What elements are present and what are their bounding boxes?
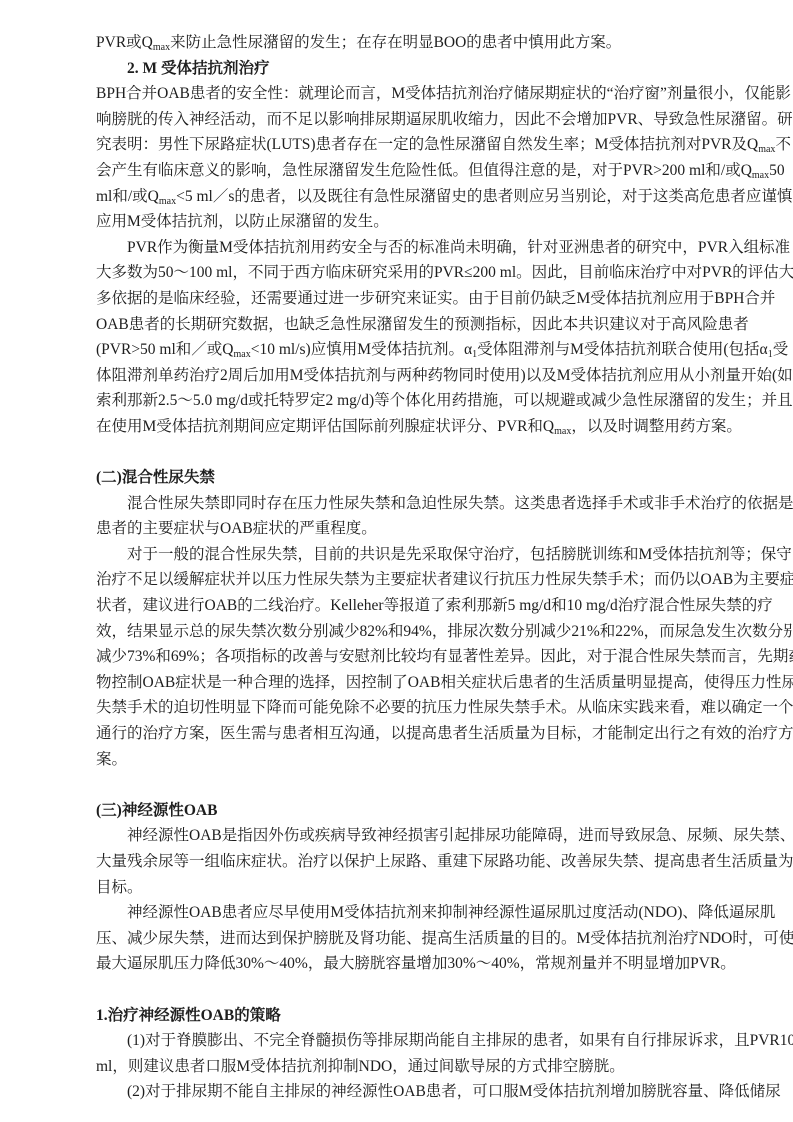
text-line: (2)对于排尿期不能自主排尿的神经源性OAB患者，可口服M受体拮抗剂增加膀胱容量…	[96, 1079, 705, 1105]
text-line: 减少73%和69%；各项指标的改善与安慰剂比较均有显著性差异。因此，对于混合性尿…	[96, 644, 705, 670]
text-line: 治疗不足以缓解症状并以压力性尿失禁为主要症状者建议行抗压力性尿失禁手术；而仍以O…	[96, 567, 705, 593]
section-heading: (二)混合性尿失禁	[96, 465, 705, 491]
text-line: OAB患者的长期研究数据，也缺乏急性尿潴留发生的预测指标，因此本共识建议对于高风…	[96, 312, 705, 338]
subscript-text: max	[153, 42, 170, 53]
text-line: 压、减少尿失禁，进而达到保护膀胱及肾功能、提高生活质量的目的。M受体拮抗剂治疗N…	[96, 926, 705, 952]
text-line: 神经源性OAB患者应尽早使用M受体拮抗剂来抑制神经源性逼尿肌过度活动(NDO)、…	[96, 900, 705, 926]
subscript-text: 1	[472, 349, 477, 360]
text-line: 状者，建议进行OAB的二线治疗。Kelleher等报道了索利那新5 mg/d和1…	[96, 593, 705, 619]
text-line: 在使用M受体拮抗剂期间应定期评估国际前列腺症状评分、PVR和Qmax，以及时调整…	[96, 414, 705, 440]
subscript-text: max	[752, 170, 769, 181]
text-line: 大量残余尿等一组临床症状。治疗以保护上尿路、重建下尿路功能、改善尿失禁、提高患者…	[96, 849, 705, 875]
text-line: PVR作为衡量M受体拮抗剂用药安全与否的标准尚未明确，针对亚洲患者的研究中，PV…	[96, 235, 705, 261]
text-line: 物控制OAB症状是一种合理的选择，因控制了OAB相关症状后患者的生活质量明显提高…	[96, 670, 705, 696]
text-line: BPH合并OAB患者的安全性：就理论而言，M受体拮抗剂治疗储尿期症状的“治疗窗”…	[96, 81, 705, 107]
section-heading: (三)神经源性OAB	[96, 798, 705, 824]
paragraph: BPH合并OAB患者的安全性：就理论而言，M受体拮抗剂治疗储尿期症状的“治疗窗”…	[96, 81, 705, 235]
subscript-text: max	[758, 144, 775, 155]
paragraph: PVR或Qmax来防止急性尿潴留的发生；在存在明显BOO的患者中慎用此方案。	[96, 30, 705, 56]
text-line: 混合性尿失禁即同时存在压力性尿失禁和急迫性尿失禁。这类患者选择手术或非手术治疗的…	[96, 491, 705, 517]
text-line: 失禁手术的迫切性明显下降而可能免除不必要的抗压力性尿失禁手术。从临床实践来看，难…	[96, 695, 705, 721]
subscript-text: max	[159, 196, 176, 207]
text-line: 目标。	[96, 875, 705, 901]
text-line: PVR或Qmax来防止急性尿潴留的发生；在存在明显BOO的患者中慎用此方案。	[96, 30, 705, 56]
text-line: (三)神经源性OAB	[96, 798, 705, 824]
subscript-text: 1	[768, 349, 773, 360]
document-body: PVR或Qmax来防止急性尿潴留的发生；在存在明显BOO的患者中慎用此方案。2.…	[96, 30, 705, 1105]
text-line: (二)混合性尿失禁	[96, 465, 705, 491]
text-line: ml，则建议患者口服M受体拮抗剂抑制NDO，通过间歇导尿的方式排空膀胱。	[96, 1054, 705, 1080]
text-line: 会产生有临床意义的影响，急性尿潴留发生危险性低。但值得注意的是，对于PVR>20…	[96, 158, 705, 184]
text-line: 索利那新2.5～5.0 mg/d或托特罗定2 mg/d)等个体化用药措施，可以规…	[96, 388, 705, 414]
text-line: 对于一般的混合性尿失禁，目前的共识是先采取保守治疗，包括膀胱训练和M受体拮抗剂等…	[96, 542, 705, 568]
text-line: (1)对于脊膜膨出、不完全脊髓损伤等排尿期尚能自主排尿的患者，如果有自行排尿诉求…	[96, 1028, 705, 1054]
document-page: PVR或Qmax来防止急性尿潴留的发生；在存在明显BOO的患者中慎用此方案。2.…	[0, 0, 793, 1122]
paragraph: PVR作为衡量M受体拮抗剂用药安全与否的标准尚未明确，针对亚洲患者的研究中，PV…	[96, 235, 705, 440]
text-line: ml和/或Qmax<5 ml／s的患者，以及既往有急性尿潴留史的患者则应另当别论…	[96, 184, 705, 210]
text-line: 响膀胱的传入神经活动，而不足以影响排尿期逼尿肌收缩力，因此不会增加PVR、导致急…	[96, 107, 705, 133]
paragraph: 对于一般的混合性尿失禁，目前的共识是先采取保守治疗，包括膀胱训练和M受体拮抗剂等…	[96, 542, 705, 772]
text-line: (PVR>50 ml和／或Qmax<10 ml/s)应慎用M受体拮抗剂。α1受体…	[96, 337, 705, 363]
text-line: 2. M 受体拮抗剂治疗	[96, 56, 705, 82]
section-heading: 1.治疗神经源性OAB的策略	[96, 1003, 705, 1029]
text-line: 体阻滞剂单药治疗2周后加用M受体拮抗剂与两种药物同时使用)以及M受体拮抗剂应用从…	[96, 363, 705, 389]
paragraph: 混合性尿失禁即同时存在压力性尿失禁和急迫性尿失禁。这类患者选择手术或非手术治疗的…	[96, 491, 705, 542]
text-line: 应用M受体拮抗剂，以防止尿潴留的发生。	[96, 209, 705, 235]
text-line: 神经源性OAB是指因外伤或疾病导致神经损害引起排尿功能障碍，进而导致尿急、尿频、…	[96, 823, 705, 849]
paragraph: 神经源性OAB是指因外伤或疾病导致神经损害引起排尿功能障碍，进而导致尿急、尿频、…	[96, 823, 705, 900]
text-line: 多依据的是临床经验，还需要通过进一步研究来证实。由于目前仍缺乏M受体拮抗剂应用于…	[96, 286, 705, 312]
text-line: 大多数为50～100 ml，不同于西方临床研究采用的PVR≤200 ml。因此，…	[96, 260, 705, 286]
text-line: 患者的主要症状与OAB症状的严重程度。	[96, 516, 705, 542]
text-line: 通行的治疗方案，医生需与患者相互沟通，以提高患者生活质量为目标，才能制定出行之有…	[96, 721, 705, 747]
paragraph: (1)对于脊膜膨出、不完全脊髓损伤等排尿期尚能自主排尿的患者，如果有自行排尿诉求…	[96, 1028, 705, 1079]
subscript-text: max	[554, 426, 571, 437]
subscript-text: max	[234, 349, 251, 360]
text-line: 案。	[96, 747, 705, 773]
text-line: 1.治疗神经源性OAB的策略	[96, 1003, 705, 1029]
text-line: 最大逼尿肌压力降低30%～40%，最大膀胱容量增加30%～40%，常规剂量并不明…	[96, 951, 705, 977]
section-heading: 2. M 受体拮抗剂治疗	[96, 56, 705, 82]
paragraph: (2)对于排尿期不能自主排尿的神经源性OAB患者，可口服M受体拮抗剂增加膀胱容量…	[96, 1079, 705, 1105]
text-line: 究表明：男性下尿路症状(LUTS)患者存在一定的急性尿潴留自然发生率；M受体拮抗…	[96, 132, 705, 158]
paragraph: 神经源性OAB患者应尽早使用M受体拮抗剂来抑制神经源性逼尿肌过度活动(NDO)、…	[96, 900, 705, 977]
text-line: 效，结果显示总的尿失禁次数分别减少82%和94%，排尿次数分别减少21%和22%…	[96, 619, 705, 645]
